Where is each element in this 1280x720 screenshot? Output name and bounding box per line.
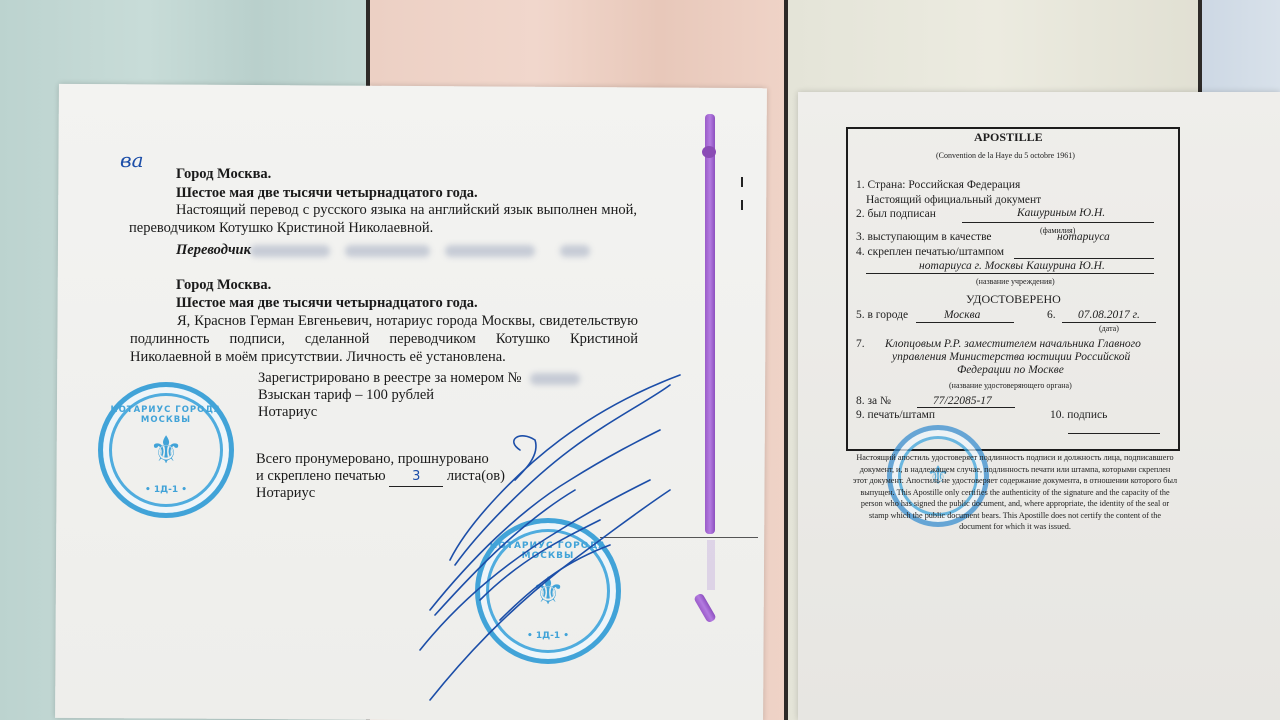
apostille-authority-line-1: Клопцовым Р.Р. заместителем начальника Г… [885,337,1141,351]
apostille-item-9-label: 9. печать/штамп [856,408,935,422]
apostille-item-8-label: 8. за № [856,394,891,408]
bound-line-1: Всего пронумеровано, прошнуровано [256,450,489,468]
apostille-item-3-label: 3. выступающим в качестве [856,230,992,244]
notary-label-1: Нотариус [258,403,317,421]
translator-label: Переводчик [176,241,251,259]
redacted-translator-name [345,245,430,257]
fee-line: Взыскан тариф – 100 рублей [258,386,434,404]
apostille-item-1-sub: Настоящий официальный документ [866,193,1041,207]
redacted-registry-number [530,373,580,385]
binding-cord-under-paper [707,540,715,590]
apostille-authority-line-2: управления Министерства юстиции Российск… [892,350,1130,364]
bound-line-2-suffix: листа(ов) [447,468,505,484]
double-headed-eagle-icon: ⚜ [531,569,565,613]
apostille-field-line [866,273,1154,274]
apostille-city: Москва [944,308,980,322]
plank-gap [784,0,788,720]
city-heading-2: Город Москва. [176,276,271,294]
apostille-frame [846,127,1180,451]
registry-line: Зарегистрировано в реестре за номером № [258,369,522,387]
handwritten-mark: ва [120,148,144,172]
apostille-signature-line [1068,433,1160,434]
apostille-certified-heading: УДОСТОВЕРЕНО [966,292,1061,306]
date-line-2: Шестое мая две тысячи четырнадцатого год… [176,294,478,312]
apostille-signer-name: Кашуриным Ю.Н. [1017,206,1105,220]
city-heading-1: Город Москва. [176,165,271,183]
apostille-date: 07.08.2017 г. [1078,308,1140,322]
stamp-code: • 1Д-1 • [103,485,229,495]
apostille-capacity: нотариуса [1057,230,1110,244]
apostille-field-line [962,222,1154,223]
apostille-convention: (Convention de la Haye du 5 octobre 1961… [936,149,1075,163]
notary-statement: Я, Краснов Герман Евгеньевич, нотариус г… [130,312,638,366]
apostille-item-7-caption: (название удостоверяющего органа) [949,379,1072,393]
redacted-translator-name [250,245,330,257]
binding-cord [705,114,715,534]
cord-knot [702,146,716,158]
notary-stamp-binding: НОТАРИУС ГОРОДА МОСКВЫ ⚜ • 1Д-1 • [475,518,621,664]
apostille-item-1: 1. Страна: Российская Федерация [856,178,1020,192]
stamp-text: НОТАРИУС ГОРОДА МОСКВЫ [103,405,229,425]
translation-statement: Настоящий перевод с русского языка на ан… [129,201,637,237]
bound-line-2-prefix: и скреплено печатью [256,468,386,484]
apostille-item-10-label: 10. подпись [1050,408,1107,422]
apostille-item-6-caption: (дата) [1099,322,1119,336]
stamp-text: НОТАРИУС ГОРОДА МОСКВЫ [480,541,616,561]
apostille-item-5-label: 5. в городе [856,308,908,322]
double-headed-eagle-icon: ⚜ [149,428,183,472]
redacted-translator-signature [560,245,590,257]
apostille-authority-line-3: Федерации по Москве [957,363,1064,377]
apostille-seal-authority: нотариуса г. Москвы Кашурина Ю.Н. [919,259,1105,273]
apostille-field-line [916,322,1014,323]
apostille-item-4-caption: (название учреждения) [976,275,1055,289]
sticker-edge [600,537,758,538]
notary-stamp: НОТАРИУС ГОРОДА МОСКВЫ ⚜ • 1Д-1 • [98,382,234,518]
stamp-code: • 1Д-1 • [480,631,616,641]
apostille-item-7-label: 7. [856,337,865,351]
sheet-count: 3 [389,468,443,487]
apostille-item-6-label: 6. [1047,308,1056,322]
apostille-item-4-label: 4. скреплен печатью/штампом [856,245,1004,259]
staple-mark [741,200,743,210]
apostille-item-2-label: 2. был подписан [856,207,936,221]
staple-mark [741,177,743,187]
date-line-1: Шестое мая две тысячи четырнадцатого год… [176,184,478,202]
apostille-number: 77/22085-17 [933,394,992,408]
apostille-title: APOSTILLE [974,130,1043,144]
apostille-footer-text: Настоящий апостиль удостоверяет подлинно… [852,452,1178,533]
redacted-translator-name [445,245,535,257]
notary-label-2: Нотариус [256,484,315,502]
